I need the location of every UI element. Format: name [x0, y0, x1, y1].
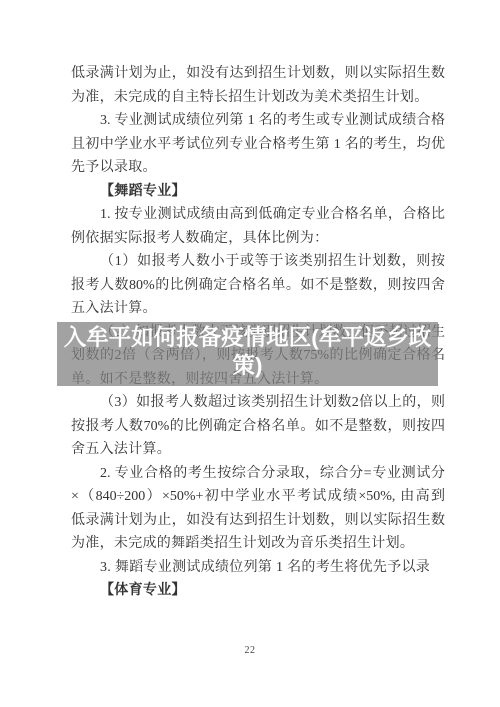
text-line: 【舞蹈专业】 [71, 180, 445, 204]
page-number: 22 [0, 645, 500, 656]
overlay-title-text: 入牟平如何报备疫情地区(牟平返乡政策) [57, 324, 438, 380]
text-line: 舍五入法计算。 [71, 438, 445, 462]
text-line: 先予以录取。 [71, 156, 445, 180]
text-line: （1）如报考人数小于或等于该类别招生计划数，则按 [71, 250, 445, 274]
document-page: 低录满计划为止，如没有达到招生计划数，则以实际招生数为准，未完成的自主特长招生计… [0, 0, 500, 707]
text-line: 【体育专业】 [71, 579, 445, 603]
text-line: 1. 按专业测试成绩由高到低确定专业合格名单，合格比 [71, 203, 445, 227]
text-line: 为准，未完成的舞蹈类招生计划改为音乐类招生计划。 [71, 532, 445, 556]
text-line: 低录满计划为止，如没有达到招生计划数，则以实际招生数 [71, 62, 445, 86]
text-line: 报考人数80%的比例确定合格名单。如不是整数，则按四舍 [71, 274, 445, 298]
overlay-title-banner: 入牟平如何报备疫情地区(牟平返乡政策) [57, 322, 438, 386]
text-line: 2. 专业合格的考生按综合分录取，综合分=专业测试分 [71, 462, 445, 486]
text-line: （3）如报考人数超过该类别招生计划数2倍以上的，则 [71, 391, 445, 415]
text-line: 为准，未完成的自主特长招生计划改为美术类招生计划。 [71, 86, 445, 110]
text-line: ×（840÷200）×50%+初中学业水平考试成绩×50%, 由高到 [71, 485, 445, 509]
text-line: 且初中学业水平考试位列专业合格考生第 1 名的考生，均优 [71, 133, 445, 157]
text-line: 例依据实际报考人数确定，具体比例为： [71, 227, 445, 251]
text-line: 低录满计划为止，如没有达到招生计划数，则以实际招生数 [71, 509, 445, 533]
text-line: 3. 舞蹈专业测试成绩位列第 1 名的考生将优先予以录取。 [71, 556, 445, 580]
text-line: 按报考人数70%的比例确定合格名单。如不是整数，则按四 [71, 415, 445, 439]
text-line: 3. 专业测试成绩位列第 1 名的考生或专业测试成绩合格 [71, 109, 445, 133]
text-line: 五入法计算。 [71, 297, 445, 321]
